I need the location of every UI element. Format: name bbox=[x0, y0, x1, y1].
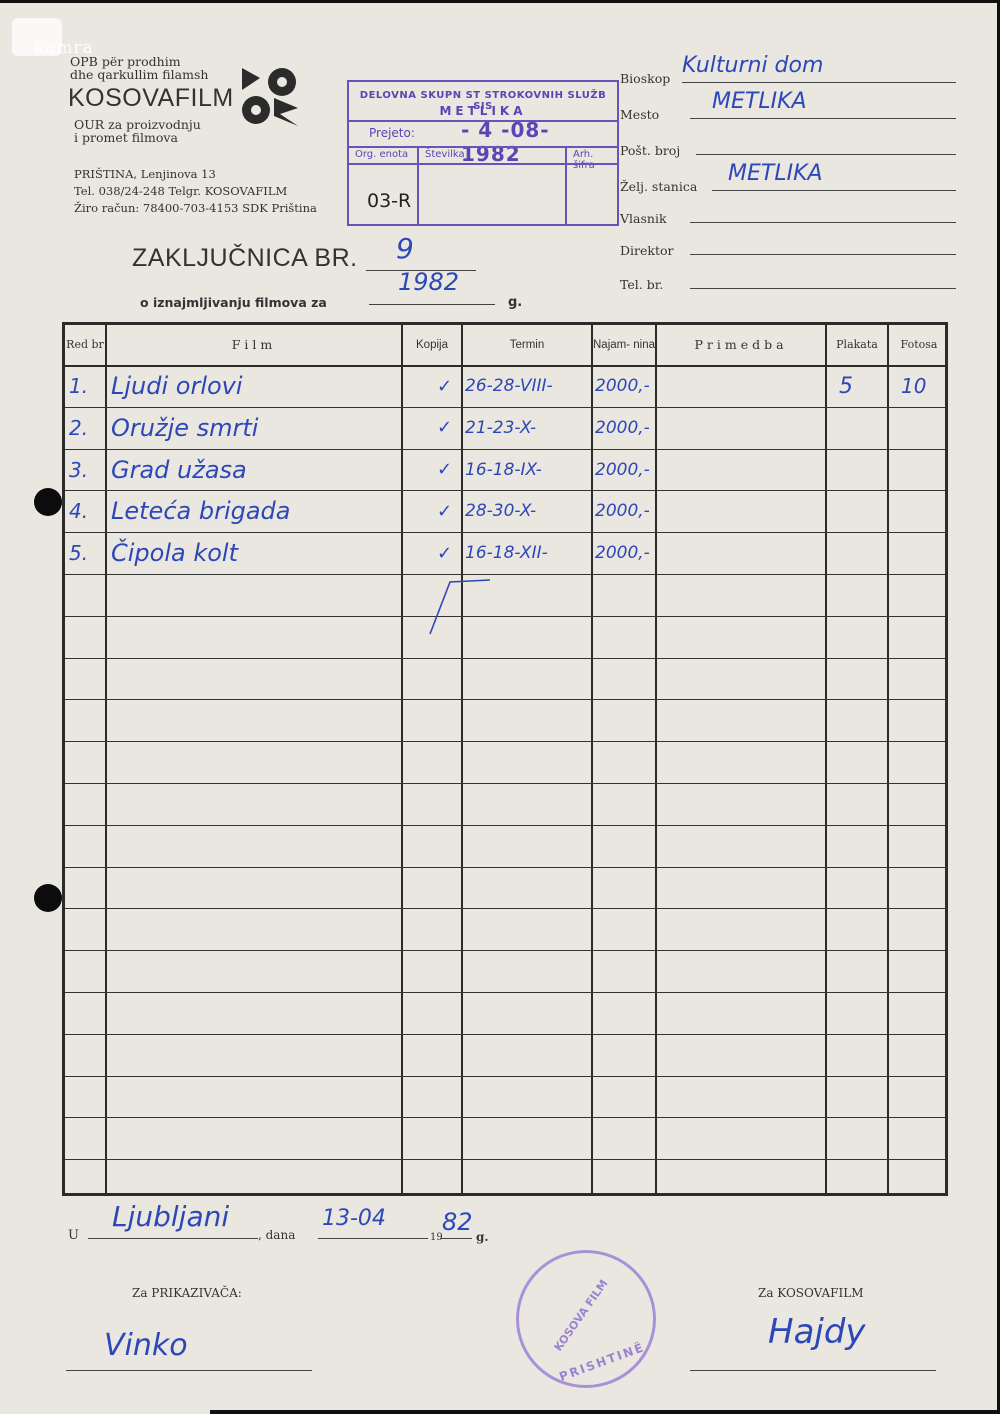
letterhead-line-4: i promet filmova bbox=[74, 131, 178, 144]
company-address: PRIŠTINA, Lenjinova 13 bbox=[74, 166, 216, 183]
punch-hole-bottom bbox=[34, 884, 62, 912]
date-rule bbox=[318, 1238, 428, 1239]
header-fotosa: Fotosa bbox=[889, 325, 949, 365]
cell-kopija: ✓ bbox=[437, 490, 461, 532]
field-mesto: Mesto METLIKA bbox=[620, 102, 956, 122]
place-value: Ljubljani bbox=[112, 1200, 229, 1233]
cell-kopija: ✓ bbox=[437, 365, 461, 407]
left-signature: Vinko bbox=[104, 1328, 188, 1363]
year-value: 82 bbox=[442, 1208, 473, 1236]
stamp-col-org-unit: Org. enota bbox=[355, 149, 408, 160]
header-red-br: Red br bbox=[65, 325, 105, 365]
header-kopija: Kopija bbox=[403, 325, 461, 365]
cell-film: Ljudi orlovi bbox=[111, 365, 399, 407]
field-zelj-stanica: Želj. stanica METLIKA bbox=[620, 174, 956, 194]
document-year: 1982 bbox=[398, 268, 459, 296]
cell-kopija: ✓ bbox=[437, 449, 461, 491]
cell-no: 2. bbox=[69, 407, 105, 449]
kosovafilm-logo-icon bbox=[240, 64, 300, 130]
document-title: ZAKLJUČNICA BR. bbox=[132, 244, 358, 273]
cell-primedba bbox=[659, 407, 823, 449]
cell-termin: 21-23-X- bbox=[465, 407, 591, 449]
cell-film: Leteća brigada bbox=[111, 490, 399, 532]
cell-no: 4. bbox=[69, 490, 105, 532]
cell-film: Grad užasa bbox=[111, 449, 399, 491]
cell-plakata bbox=[839, 449, 885, 491]
document-subtitle: o iznajmljivanju filmova za bbox=[140, 295, 327, 310]
year-rule bbox=[440, 1238, 472, 1239]
stamp-org-unit-value: 03-R bbox=[367, 190, 411, 212]
closing-stroke bbox=[420, 576, 500, 636]
cell-primedba bbox=[659, 365, 823, 407]
punch-hole-top bbox=[34, 488, 62, 516]
cell-najamnina: 2000,- bbox=[595, 490, 665, 532]
cell-no: 5. bbox=[69, 532, 105, 574]
cell-kopija: ✓ bbox=[437, 532, 461, 574]
field-post-broj: Pošt. broj bbox=[620, 138, 956, 158]
cell-fotosa bbox=[901, 449, 947, 491]
cell-primedba bbox=[659, 490, 823, 532]
scan-border-bottom bbox=[210, 1410, 1000, 1414]
cell-film: Čipola kolt bbox=[111, 532, 399, 574]
company-phone: Tel. 038/24-248 Telgr. KOSOVAFILM bbox=[74, 183, 287, 200]
company-account: Žiro račun: 78400-703-4153 SDK Priština bbox=[74, 200, 317, 217]
cell-plakata bbox=[839, 532, 885, 574]
stamp-col-number: Številka bbox=[425, 149, 465, 160]
cell-termin: 26-28-VIII- bbox=[465, 365, 591, 407]
right-signature: Hajdy bbox=[768, 1312, 866, 1352]
left-signatory-label: Za PRIKAZIVAČA: bbox=[132, 1286, 242, 1300]
cell-kopija: ✓ bbox=[437, 407, 461, 449]
header-plakata: Plakata bbox=[827, 325, 887, 365]
cell-najamnina: 2000,- bbox=[595, 407, 665, 449]
header-najamnina: Najam- nina bbox=[593, 325, 655, 365]
cell-primedba bbox=[659, 532, 823, 574]
round-company-stamp: KOSOVA FILM PRISHTINË bbox=[516, 1250, 656, 1388]
cell-fotosa bbox=[901, 532, 947, 574]
header-primedba: Primedba bbox=[657, 325, 825, 365]
document-number: 9 bbox=[396, 232, 414, 265]
cell-fotosa bbox=[901, 490, 947, 532]
date-label: , dana bbox=[258, 1228, 295, 1242]
stamp-received-label: Prejeto: bbox=[369, 126, 415, 140]
field-zelj-stanica-value: METLIKA bbox=[728, 161, 823, 186]
place-rule bbox=[88, 1238, 258, 1239]
cell-plakata bbox=[839, 407, 885, 449]
cell-fotosa bbox=[901, 407, 947, 449]
stamp-col-archive: Arh. šifra bbox=[573, 149, 617, 171]
header-termin: Termin bbox=[463, 325, 591, 365]
cell-najamnina: 2000,- bbox=[595, 449, 665, 491]
cell-no: 3. bbox=[69, 449, 105, 491]
left-signature-rule bbox=[66, 1370, 312, 1371]
scan-border-top bbox=[0, 0, 1000, 3]
field-direktor: Direktor bbox=[620, 238, 956, 258]
date-value: 13-04 bbox=[322, 1206, 386, 1231]
footer-year-suffix: g. bbox=[476, 1230, 489, 1244]
cell-primedba bbox=[659, 449, 823, 491]
right-signatory-label: Za KOSOVAFILM bbox=[758, 1286, 863, 1300]
cell-film: Oružje smrti bbox=[111, 407, 399, 449]
right-signature-rule bbox=[690, 1370, 936, 1371]
film-rental-table: Red br Film Kopija Termin Najam- nina Pr… bbox=[62, 322, 948, 1196]
cell-termin: 16-18-XII- bbox=[465, 532, 591, 574]
receipt-stamp: DELOVNA SKUPN ST STROKOVNIH SLUŽB SIS ME… bbox=[347, 80, 619, 226]
field-bioskop: Bioskop Kulturni dom bbox=[620, 66, 956, 86]
cell-termin: 28-30-X- bbox=[465, 490, 591, 532]
field-tel-br: Tel. br. bbox=[620, 272, 956, 292]
letterhead-line-2: dhe qarkullim filamsh bbox=[70, 68, 208, 81]
stamp-city: METLIKA bbox=[349, 104, 617, 118]
cell-no: 1. bbox=[69, 365, 105, 407]
cell-plakata bbox=[839, 490, 885, 532]
year-suffix: g. bbox=[508, 295, 522, 310]
field-vlasnik: Vlasnik bbox=[620, 206, 956, 226]
cell-najamnina: 2000,- bbox=[595, 532, 665, 574]
header-film: Film bbox=[107, 325, 401, 365]
cell-plakata: 5 bbox=[839, 365, 885, 407]
field-mesto-value: METLIKA bbox=[712, 89, 807, 114]
field-bioskop-value: Kulturni dom bbox=[682, 53, 823, 78]
brand-name: KOSOVAFILM bbox=[68, 84, 234, 113]
cell-najamnina: 2000,- bbox=[595, 365, 665, 407]
subtitle-rule bbox=[369, 304, 495, 305]
cell-fotosa: 10 bbox=[901, 365, 947, 407]
cell-termin: 16-18-IX- bbox=[465, 449, 591, 491]
place-prefix: U bbox=[68, 1228, 79, 1243]
